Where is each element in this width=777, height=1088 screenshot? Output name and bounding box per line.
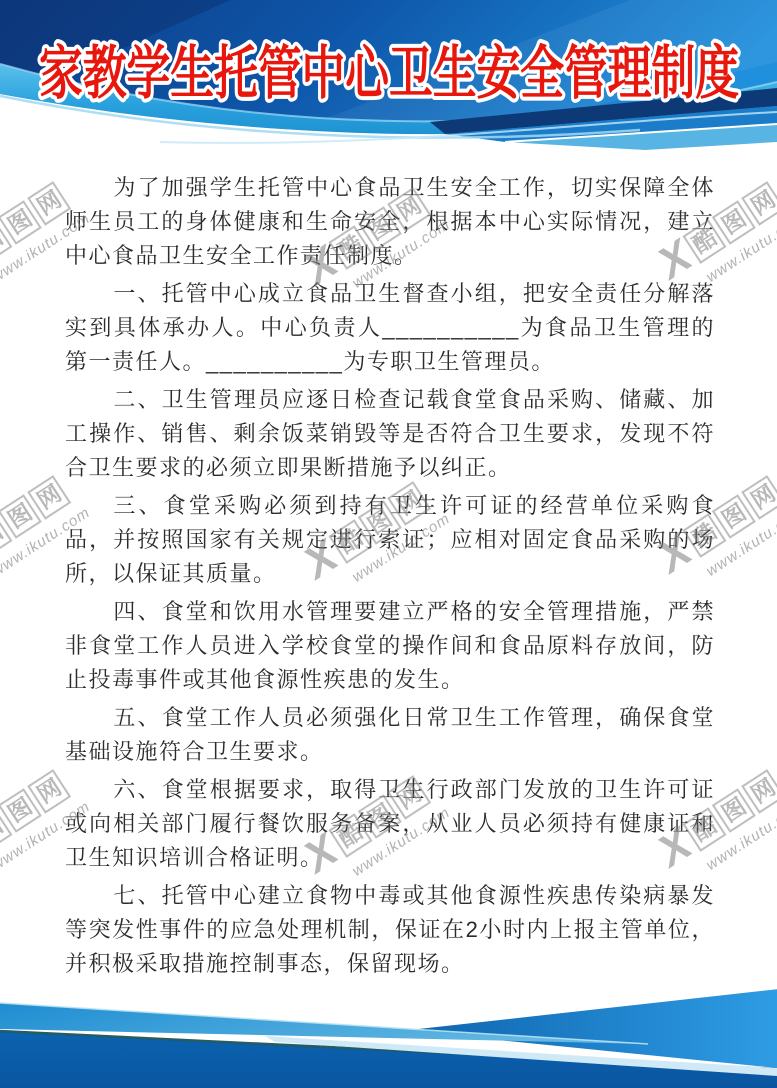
policy-paragraph-1: 一、托管中心成立食品卫生督查小组，把安全责任分解落实到具体承办人。中心负责人__… [65, 277, 715, 379]
watermark-logo-char: 酷 [0, 807, 12, 852]
footer-banner [0, 982, 777, 1088]
watermark-logo-char: 网 [741, 475, 777, 520]
page-title: 家教学生托管中心卫生安全管理制度 [39, 41, 739, 106]
policy-paragraph-3: 三、食堂采购必须到持有卫生许可证的经营单位采购食品，并按照国家有关规定进行索证；… [65, 489, 715, 591]
policy-paragraph-7: 七、托管中心建立食物中毒或其他食源性疾患传染病暴发等突发性事件的应急处理机制，保… [65, 879, 715, 981]
poster-page: 家教学生托管中心卫生安全管理制度 为了加强学生托管中心食品卫生安全工作，切实保障… [0, 0, 777, 1088]
header-banner: 家教学生托管中心卫生安全管理制度 [0, 0, 777, 152]
watermark-logo-char: 图 [712, 494, 756, 539]
watermark-logo-char: 图 [712, 200, 756, 245]
watermark-logo-char: 酷 [0, 219, 12, 264]
policy-body: 为了加强学生托管中心食品卫生安全工作，切实保障全体师生员工的身体健康和生命安全，… [65, 171, 715, 985]
watermark-logo-char: 图 [0, 200, 42, 245]
watermark-logo-char: 酷 [0, 513, 12, 558]
watermark-logo-char: 图 [0, 494, 42, 539]
watermark-logo-char: 图 [0, 788, 42, 833]
watermark-logo-char: 网 [741, 769, 777, 814]
watermark-logo-char: 网 [741, 181, 777, 226]
policy-paragraph-6: 六、食堂根据要求，取得卫生行政部门发放的卫生许可证或向相关部门履行餐饮服务备案，… [65, 773, 715, 875]
policy-paragraph-intro: 为了加强学生托管中心食品卫生安全工作，切实保障全体师生员工的身体健康和生命安全，… [65, 171, 715, 273]
watermark-logo-char: 图 [712, 788, 756, 833]
policy-paragraph-2: 二、卫生管理员应逐日检查记载食堂食品采购、储藏、加工操作、销售、剩余饭菜销毁等是… [65, 383, 715, 485]
policy-paragraph-4: 四、食堂和饮用水管理要建立严格的安全管理措施，严禁非食堂工作人员进入学校食堂的操… [65, 595, 715, 697]
policy-paragraph-5: 五、食堂工作人员必须强化日常卫生工作管理，确保食堂基础设施符合卫生要求。 [65, 701, 715, 769]
